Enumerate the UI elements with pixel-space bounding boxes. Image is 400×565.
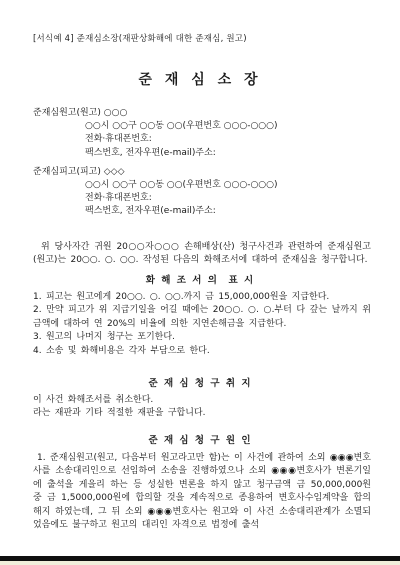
claim-cause-paragraph: 1. 준재심원고(원고, 다음부터 원고라고만 함)는 이 사건에 관하여 소외…	[33, 452, 371, 532]
page-title: 준 재 심 소 장	[0, 69, 400, 89]
heading-claim-cause: 준 재 심 청 구 원 인	[0, 432, 400, 446]
plaintiff-name-line: 준재심원고(원고) ○○○	[33, 107, 376, 120]
party-info-block: 준재심원고(원고) ○○○ ○○시 ○○구 ○○동 ○○(우편번호 ○○○-○○…	[33, 107, 376, 219]
plaintiff-address: ○○시 ○○구 ○○동 ○○(우편번호 ○○○-○○○)	[85, 120, 376, 133]
purport-line-1: 이 사건 화해조서를 취소한다.	[33, 394, 371, 407]
plaintiff-fax-email: 팩스번호, 전자우편(e-mail)주소:	[85, 147, 376, 160]
defendant-name-line: 준재심피고(피고) ◇◇◇	[33, 166, 376, 179]
page-bottom-background	[0, 561, 400, 565]
heading-settlement-record: 화 해 조 서 의 표 시	[0, 272, 400, 286]
settlement-item-4: 4. 소송 및 화해비용은 각자 부담으로 한다.	[33, 345, 371, 358]
defendant-fax-email: 팩스번호, 전자우편(e-mail)주소:	[85, 205, 376, 218]
party-plaintiff: 준재심원고(원고) ○○○ ○○시 ○○구 ○○동 ○○(우편번호 ○○○-○○…	[33, 107, 376, 160]
party-defendant: 준재심피고(피고) ◇◇◇ ○○시 ○○구 ○○동 ○○(우편번호 ○○○-○○…	[33, 166, 376, 219]
intro-paragraph: 위 당사자간 귀원 20○○자○○○ 손해배상(산) 청구사건과 관련하여 준재…	[33, 241, 371, 268]
heading-claim-purport: 준 재 심 청 구 취 지	[0, 375, 400, 389]
settlement-item-3: 3. 원고의 나머지 청구는 포기한다.	[33, 331, 371, 344]
settlement-item-1: 1. 피고는 원고에게 20○○. ○. ○○.까지 금 15,000,000원…	[33, 291, 371, 304]
form-example-label: [서식예 4] 준재심소장(재판상화해에 대한 준재심, 원고)	[33, 32, 380, 44]
document-page: [서식예 4] 준재심소장(재판상화해에 대한 준재심, 원고) 준 재 심 소…	[0, 0, 400, 565]
settlement-items: 1. 피고는 원고에게 20○○. ○. ○○.까지 금 15,000,000원…	[33, 291, 371, 358]
defendant-phone: 전화·휴대폰번호:	[85, 192, 376, 205]
defendant-address: ○○시 ○○구 ○○동 ○○(우편번호 ○○○-○○○)	[85, 179, 376, 192]
settlement-item-2: 2. 만약 피고가 위 지급기일을 어길 때에는 20○○. ○. ○.부터 다…	[33, 304, 371, 331]
plaintiff-phone: 전화·휴대폰번호:	[85, 133, 376, 146]
claim-purport-lines: 이 사건 화해조서를 취소한다. 라는 재판과 기타 적절한 재판을 구합니다.	[33, 394, 371, 421]
purport-line-2: 라는 재판과 기타 적절한 재판을 구합니다.	[33, 407, 371, 420]
